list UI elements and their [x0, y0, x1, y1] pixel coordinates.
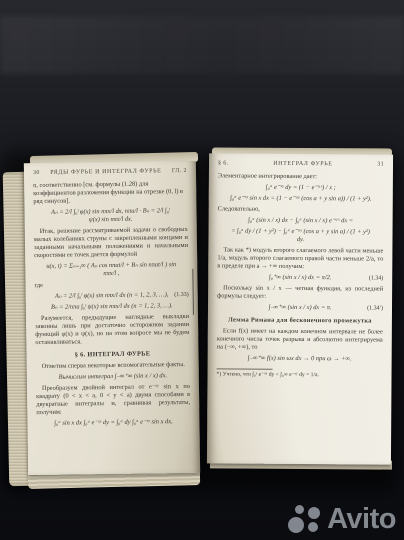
- page-line: Поскольку sin x / x — четная функция, из…: [217, 284, 383, 301]
- avito-dot-large: [288, 517, 304, 533]
- equation-number: (1.34): [369, 274, 384, 282]
- page-line: Вычислим интеграл ∫₋∞⁺∞ (sin x / x) dx.: [36, 372, 190, 382]
- photo-scene: 30 РЯДЫ ФУРЬЕ И ИНТЕГРАЛ ФУРЬЕ ГЛ. 2 n, …: [0, 0, 404, 540]
- page-line: ∫₀ᵃ sin x dx ∫₀ᵃ e⁻ˣʸ dy = ∫₀ᵃ dy ∫₀ᵃ e⁻…: [36, 418, 190, 428]
- page-line: ∫₀⁺∞ (sin x / x) dx = π/2.(1.34): [217, 273, 383, 282]
- page-line: Преобразуем двойной интеграл от e⁻ˣʸ sin…: [36, 383, 190, 417]
- page-line: Так как *) модуль второго слагаемого лев…: [217, 246, 383, 271]
- page-line: = ∫₀ᵃ dy / (1 + y²) − ∫₀ᵃ e⁻ᵃʸ (cos a + …: [217, 227, 383, 244]
- right-page: § 6. ИНТЕГРАЛ ФУРЬЕ 31 Элементарное инте…: [207, 153, 393, 464]
- page-line: Разумеется, предыдущие наглядные выкладк…: [35, 313, 189, 347]
- left-running-title: РЯДЫ ФУРЬЕ И ИНТЕГРАЛ ФУРЬЕ: [40, 167, 172, 177]
- page-line: *) Учтено, что ∫₀ᵃ e⁻ᵃʸ dy < ∫₀∞ e⁻ᵃʸ dy…: [217, 368, 383, 379]
- avito-dot-small: [295, 505, 304, 514]
- avito-wordmark: Avito: [327, 505, 396, 534]
- avito-logo-icon: [288, 505, 321, 534]
- avito-watermark: Avito: [288, 505, 396, 534]
- page-line: Aₙ = 2/l ∫₀ˡ φ(x) sin nπx/l dx, nπa/l · …: [33, 207, 187, 225]
- page-line: Итак, решение рассматриваемой задачи о с…: [34, 226, 188, 260]
- page-line: Лемма Римана для бесконечного промежутка: [217, 316, 383, 325]
- chapter-label: ГЛ. 2: [172, 167, 187, 175]
- avito-dot-medium-top: [308, 507, 320, 519]
- page-line: u(x, t) = Σₙ₌₁∞ ( Aₙ cos nπat/l + Bₙ sin…: [34, 261, 188, 279]
- left-page: 30 РЯДЫ ФУРЬЕ И ИНТЕГРАЛ ФУРЬЕ ГЛ. 2 n, …: [24, 161, 200, 475]
- left-page-header: 30 РЯДЫ ФУРЬЕ И ИНТЕГРАЛ ФУРЬЕ ГЛ. 2: [33, 167, 187, 177]
- page-line: § 6. ИНТЕГРАЛ ФУРЬЕ: [35, 350, 189, 360]
- page-line: ∫₋∞⁺∞ (sin x / x) dx = π.(1.34′): [217, 303, 383, 312]
- page-line: Если f(x) имеет на каждом конечном интер…: [217, 327, 383, 352]
- page-line: Следовательно,: [218, 205, 384, 214]
- avito-dot-medium-bottom: [308, 522, 318, 532]
- open-book: 30 РЯДЫ ФУРЬЕ И ИНТЕГРАЛ ФУРЬЕ ГЛ. 2 n, …: [6, 146, 398, 498]
- page-line: n, соответственно [см. формулы (1.28) дл…: [33, 180, 187, 206]
- page-line: Элементарное интегрирование дает:: [218, 172, 384, 181]
- page-line: ∫₋∞⁺∞ f(x) sin ωx dx → 0 при ω → +∞.: [217, 354, 383, 363]
- right-page-header: § 6. ИНТЕГРАЛ ФУРЬЕ 31: [218, 159, 384, 168]
- page-line: Bₙ = 2/nπa ∫₀ˡ ψ(x) sin nπx/l dx (n = 1,…: [35, 302, 189, 312]
- page-line: Aₙ = 2/l ∫₀ˡ φ(x) sin nπx/l dx (n = 1, 2…: [35, 291, 189, 301]
- background-fabric-fold: [0, 16, 404, 74]
- right-running-title: ИНТЕГРАЛ ФУРЬЕ: [229, 159, 378, 168]
- right-page-content: § 6. ИНТЕГРАЛ ФУРЬЕ 31 Элементарное инте…: [207, 153, 393, 464]
- page-line: ∫₀ᵃ e⁻ˣʸ dy = (1 − e⁻ᵃˣ) / x ;: [218, 183, 384, 192]
- section-label: § 6.: [218, 159, 229, 167]
- left-page-content: 30 РЯДЫ ФУРЬЕ И ИНТЕГРАЛ ФУРЬЕ ГЛ. 2 n, …: [24, 161, 200, 475]
- page-line: Отметим сперва некоторые вспомогательные…: [36, 361, 190, 371]
- equation-number: (1.34′): [367, 304, 383, 312]
- page-line: где: [34, 280, 188, 290]
- left-page-lines: n, соответственно [см. формулы (1.28) дл…: [33, 180, 190, 428]
- right-page-number: 31: [377, 161, 384, 169]
- right-page-lines: Элементарное интегрирование дает:∫₀ᵃ e⁻ˣ…: [217, 172, 384, 379]
- page-line: ∫₀ᵃ e⁻ˣʸ sin x dx = (1 − e⁻ᵃʸ (cos a + y…: [218, 194, 384, 203]
- equation-number: (1.33): [174, 291, 189, 299]
- page-line: ∫₀ᵃ (sin x / x) dx − ∫₀ᵃ (sin x / x) e⁻ᵃ…: [218, 216, 384, 225]
